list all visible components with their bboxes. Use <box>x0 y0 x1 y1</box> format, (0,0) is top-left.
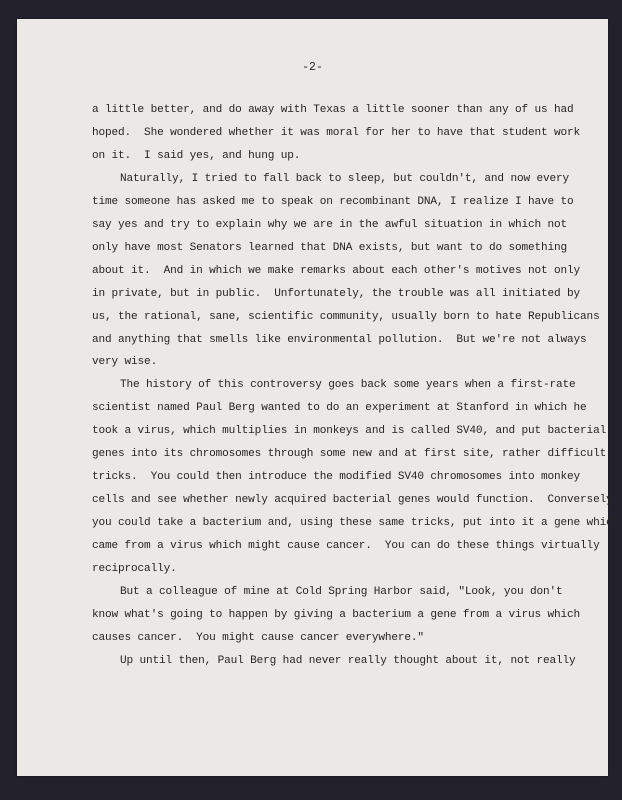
text-line: scientist named Paul Berg wanted to do a… <box>92 397 572 420</box>
text-line: about it. And in which we make remarks a… <box>92 260 572 283</box>
text-line: know what's going to happen by giving a … <box>92 604 572 627</box>
text-line: you could take a bacterium and, using th… <box>92 512 572 535</box>
text-line: hoped. She wondered whether it was moral… <box>92 122 572 145</box>
text-line: tricks. You could then introduce the mod… <box>92 466 572 489</box>
page-number: -2- <box>17 61 608 74</box>
body-text: a little better, and do away with Texas … <box>92 99 572 673</box>
paragraph-start-line: The history of this controversy goes bac… <box>92 374 572 397</box>
paragraph-start-line: Naturally, I tried to fall back to sleep… <box>92 168 572 191</box>
text-line: took a virus, which multiplies in monkey… <box>92 420 572 443</box>
text-line: causes cancer. You might cause cancer ev… <box>92 627 572 650</box>
text-line: genes into its chromosomes through some … <box>92 443 572 466</box>
text-line: reciprocally. <box>92 558 572 581</box>
text-line: us, the rational, sane, scientific commu… <box>92 306 572 329</box>
text-line: on it. I said yes, and hung up. <box>92 145 572 168</box>
text-line: say yes and try to explain why we are in… <box>92 214 572 237</box>
text-line: in private, but in public. Unfortunately… <box>92 283 572 306</box>
text-line: time someone has asked me to speak on re… <box>92 191 572 214</box>
text-line: very wise. <box>92 351 572 374</box>
text-line: a little better, and do away with Texas … <box>92 99 572 122</box>
text-line: cells and see whether newly acquired bac… <box>92 489 572 512</box>
document-page: -2- a little better, and do away with Te… <box>17 19 608 776</box>
text-line: and anything that smells like environmen… <box>92 329 572 352</box>
text-line: only have most Senators learned that DNA… <box>92 237 572 260</box>
paragraph-start-line: But a colleague of mine at Cold Spring H… <box>92 581 572 604</box>
paragraph-start-line: Up until then, Paul Berg had never reall… <box>92 650 572 673</box>
text-line: came from a virus which might cause canc… <box>92 535 572 558</box>
